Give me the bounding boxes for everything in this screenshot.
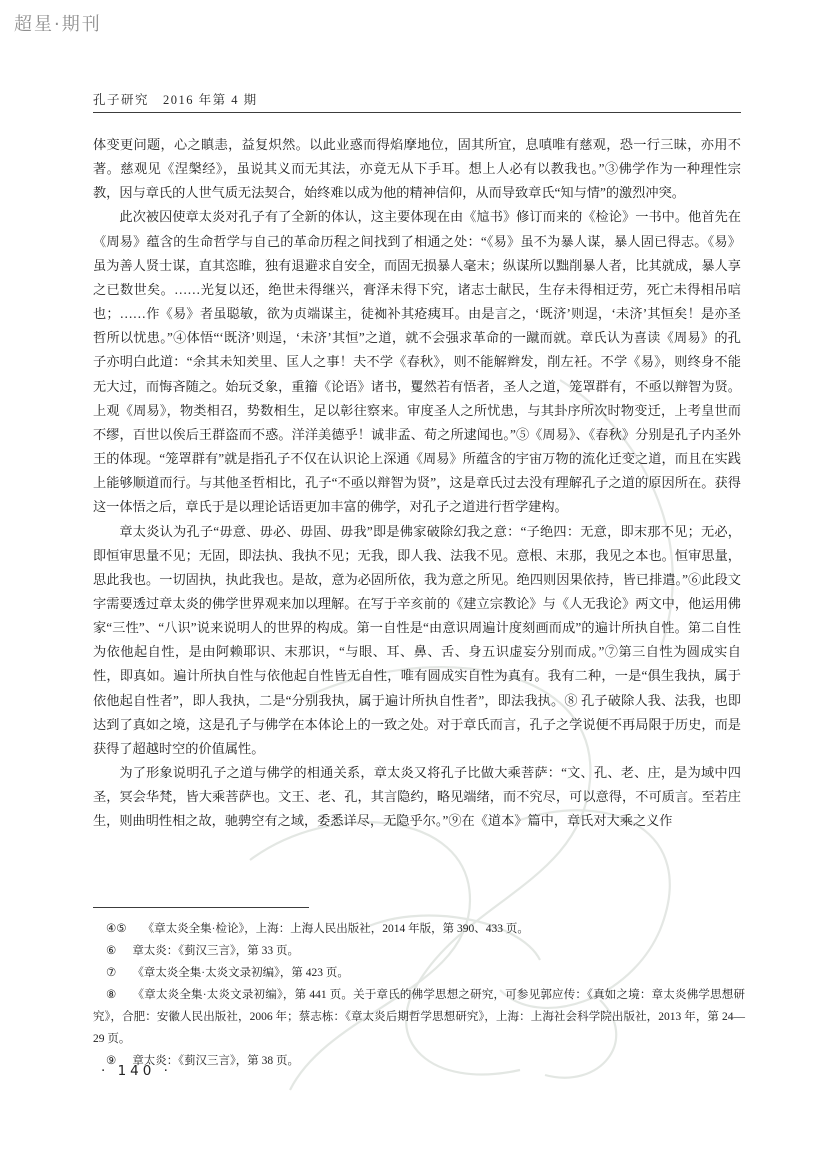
- article-body: 体变更问题，心之瞋恚，益复炽然。以此业惑而得焰摩地位，固其所宜，息嗔唯有慈观，恐…: [93, 133, 741, 834]
- page-number: · 140 ·: [101, 1063, 172, 1079]
- running-head: 孔子研究 2016 年第 4 期: [93, 90, 258, 108]
- footnote-marker: ⑥: [106, 945, 116, 957]
- paragraph: 为了形象说明孔子之道与佛学的相通关系，章太炎又将孔子比做大乘菩萨：“文、孔、老、…: [93, 761, 741, 833]
- footnote-text: 章太炎：《菿汉三言》，第 33 页。: [132, 945, 299, 957]
- footnote-item: ⑧《章太炎全集·太炎文录初编》，第 441 页。关于章氏的佛学思想之研究，可参见…: [93, 984, 745, 1050]
- footnote-text: 《章太炎全集·太炎文录初编》，第 423 页。: [132, 967, 349, 979]
- footnote-item: ⑥章太炎：《菿汉三言》，第 33 页。: [93, 940, 745, 962]
- platform-brand: 超星·期刊: [14, 10, 102, 36]
- journal-page: 超星·期刊 孔子研究 2016 年第 4 期 体变更问题，心之瞋恚，益复炽然。以…: [0, 0, 826, 1169]
- paragraph-continuation: 体变更问题，心之瞋恚，益复炽然。以此业惑而得焰摩地位，固其所宜，息嗔唯有慈观，恐…: [93, 133, 741, 205]
- footnote-item: ⑨章太炎：《菿汉三言》，第 38 页。: [93, 1050, 745, 1072]
- paragraph: 此次被囚使章太炎对孔子有了全新的体认，这主要体现在由《訄书》修订而来的《检论》一…: [93, 205, 741, 519]
- footnote-item: ⑦《章太炎全集·太炎文录初编》，第 423 页。: [93, 962, 745, 984]
- paragraph: 章太炎认为孔子“毋意、毋必、毋固、毋我”即是佛家破除幻我之意：“子绝四：无意，即…: [93, 520, 741, 762]
- header-rule: [93, 112, 741, 113]
- footnote-marker: ⑦: [106, 967, 116, 979]
- footnote-marker: ⑧: [106, 989, 117, 1001]
- footnotes: ④⑤《章太炎全集·检论》，上海：上海人民出版社，2014 年版，第 390、43…: [93, 918, 745, 1072]
- footnote-text: 《章太炎全集·太炎文录初编》，第 441 页。关于章氏的佛学思想之研究，可参见郭…: [93, 989, 745, 1045]
- footnote-item: ④⑤《章太炎全集·检论》，上海：上海人民出版社，2014 年版，第 390、43…: [93, 918, 745, 940]
- footnote-marker: ④⑤: [106, 923, 127, 935]
- footnote-text: 《章太炎全集·检论》，上海：上海人民出版社，2014 年版，第 390、433 …: [143, 923, 529, 935]
- footnote-separator: [93, 907, 309, 908]
